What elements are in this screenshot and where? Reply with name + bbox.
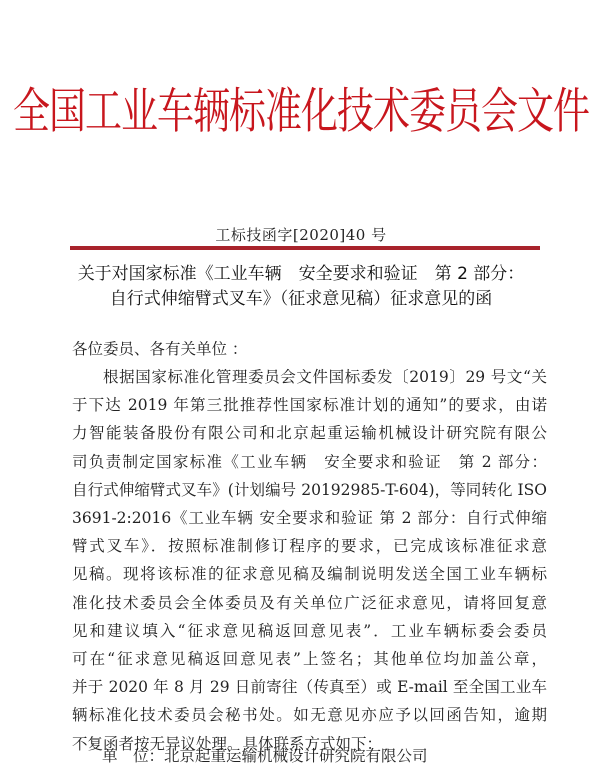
contact-unit-label: 单 位： [102,747,164,765]
contact-unit-value: 北京起重运输机械设计研究院有限公司 [164,747,428,765]
body-line: 3691-2:2016《工业车辆 安全要求和验证 第 2 部分：自行式伸缩 [72,504,547,532]
body-line: 准化技术委员会全体委员及有关单位广泛征求意见，请将回复意 [72,589,547,617]
body-line: 于下达 2019 年第三批推荐性国家标准计划的通知”的要求，由诺 [72,391,547,419]
contact-unit: 单 位：北京起重运输机械设计研究院有限公司 [102,744,428,766]
body-line: 并于 2020 年 8 月 29 日前寄往（传真至）或 E-mail 至全国工业… [72,673,547,701]
body-line: 可在“征求意见稿返回意见表”上签名；其他单位均加盖公章， [72,645,547,673]
body-line: 见和建议填入“征求意见稿返回意见表”．工业车辆标委会委员 [72,617,547,645]
salutation: 各位委员、各有关单位 ： [72,337,247,359]
subject-line: 自行式伸缩臂式叉车》（征求意见稿）征求意见的函 [30,287,572,312]
body-line: 司负责制定国家标准《工业车辆 安全要求和验证 第 2 部分： [72,448,547,476]
document-body: 根据国家标准化管理委员会文件国标委发〔2019〕29 号文“关 于下达 2019… [72,363,547,758]
body-line: 见稿。现将该标准的征求意见稿及编制说明发送全国工业车辆标 [72,560,547,588]
body-line: 自行式伸缩臂式叉车》(计划编号 20192985-T-604)，等同转化 ISO [72,476,547,504]
document-number: 工标技函字[2020]40 号 [0,224,602,245]
subject-line: 关于对国家标准《工业车辆 安全要求和验证 第 2 部分： [30,262,572,287]
document-subject: 关于对国家标准《工业车辆 安全要求和验证 第 2 部分： 自行式伸缩臂式叉车》（… [30,262,572,312]
document-header-title: 全国工业车辆标准化技术委员会文件 [0,86,602,138]
body-line: 臂式叉车》．按照标准制修订程序的要求，已完成该标准征求意 [72,532,547,560]
body-line: 根据国家标准化管理委员会文件国标委发〔2019〕29 号文“关 [72,363,547,391]
red-divider-rule [70,246,540,250]
body-line: 辆标准化技术委员会秘书处。如无意见亦应予以回函告知，逾期 [72,701,547,729]
body-line: 力智能装备股份有限公司和北京起重运输机械设计研究院有限公 [72,419,547,447]
